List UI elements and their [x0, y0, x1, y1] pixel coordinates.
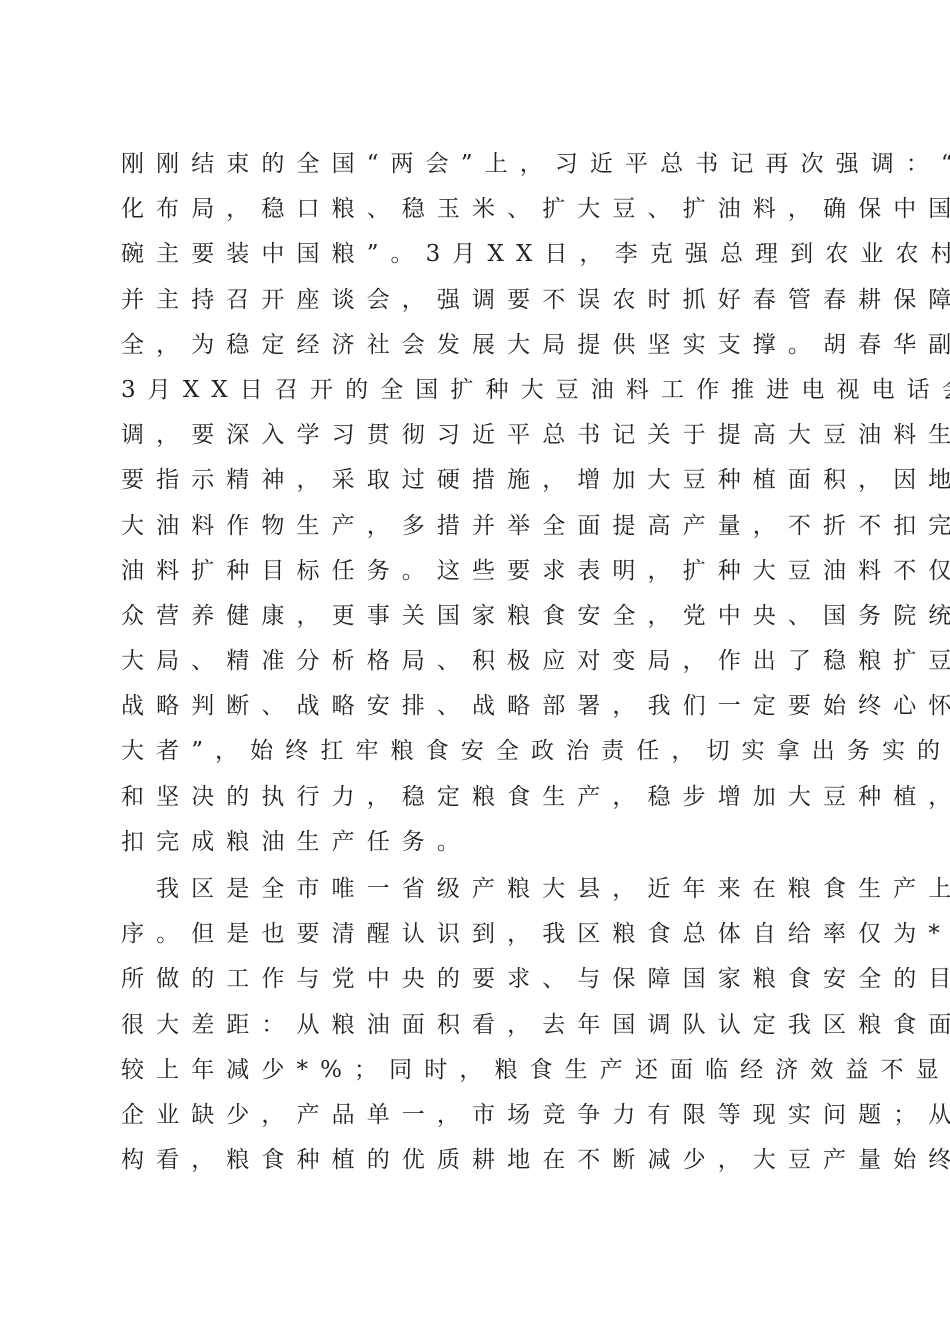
text-line: 序。但是也要清醒认识到，我区粮食总体自给率仅为*%，我们	[121, 916, 841, 961]
text-line: 大者”，始终扛牢粮食安全政治责任，切实拿出务实的硬措施	[121, 733, 841, 778]
text-line: 较上年减少*%；同时，粮食生产还面临经济效益不显著，加工	[121, 1052, 841, 1097]
document-body: 刚刚结束的全国“两会”上，习近平总书记再次强调：“要优 化布局，稳口粮、稳玉米、…	[121, 146, 841, 1187]
text-line: 战略判断、战略安排、战略部署，我们一定要始终心怀“国之	[121, 688, 841, 733]
text-line: 调，要深入学习贯彻习近平总书记关于提高大豆油料生产的重	[121, 417, 841, 462]
text-line: 和坚决的执行力，稳定粮食生产，稳步增加大豆种植，不折不	[121, 779, 841, 824]
text-line: 大油料作物生产，多措并举全面提高产量，不折不扣完成大豆	[121, 508, 841, 553]
text-line: 扣完成粮油生产任务。	[121, 824, 841, 869]
text-line: 我区是全市唯一省级产粮大县，近年来在粮食生产上平稳有	[121, 871, 841, 916]
text-line: 油料扩种目标任务。这些要求表明，扩种大豆油料不仅事关群	[121, 553, 841, 598]
text-line: 所做的工作与党中央的要求、与保障国家粮食安全的目标还有	[121, 961, 841, 1006]
text-line: 企业缺少，产品单一，市场竞争力有限等现实问题；从粮食结	[121, 1097, 841, 1142]
paragraph-2: 我区是全市唯一省级产粮大县，近年来在粮食生产上平稳有 序。但是也要清醒认识到，我…	[121, 871, 841, 1187]
text-line: 刚刚结束的全国“两会”上，习近平总书记再次强调：“要优	[121, 146, 841, 191]
document-page: 刚刚结束的全国“两会”上，习近平总书记再次强调：“要优 化布局，稳口粮、稳玉米、…	[0, 0, 950, 1344]
text-line: 全，为稳定经济社会发展大局提供坚实支撑。胡春华副总理在	[121, 327, 841, 372]
text-line: 碗主要装中国粮”。3月XX日，李克强总理到农业农村部考察	[121, 236, 841, 281]
text-line: 3月XX日召开的全国扩种大豆油料工作推进电视电话会议上强	[121, 372, 841, 417]
text-line: 要指示精神，采取过硬措施，增加大豆种植面积，因地制宜扩	[121, 462, 841, 507]
paragraph-1: 刚刚结束的全国“两会”上，习近平总书记再次强调：“要优 化布局，稳口粮、稳玉米、…	[121, 146, 841, 869]
text-line: 很大差距：从粮油面积看，去年国调队认定我区粮食面积*万亩，	[121, 1007, 841, 1052]
text-line: 构看，粮食种植的优质耕地在不断减少，大豆产量始终提不上	[121, 1142, 841, 1187]
text-line: 众营养健康，更事关国家粮食安全，党中央、国务院统揽世界	[121, 598, 841, 643]
text-line: 大局、精准分析格局、积极应对变局，作出了稳粮扩豆增油的	[121, 643, 841, 688]
text-line: 化布局，稳口粮、稳玉米、扩大豆、扩油料，确保中国人的饭	[121, 191, 841, 236]
text-line: 并主持召开座谈会，强调要不误农时抓好春管春耕保障粮食安	[121, 282, 841, 327]
